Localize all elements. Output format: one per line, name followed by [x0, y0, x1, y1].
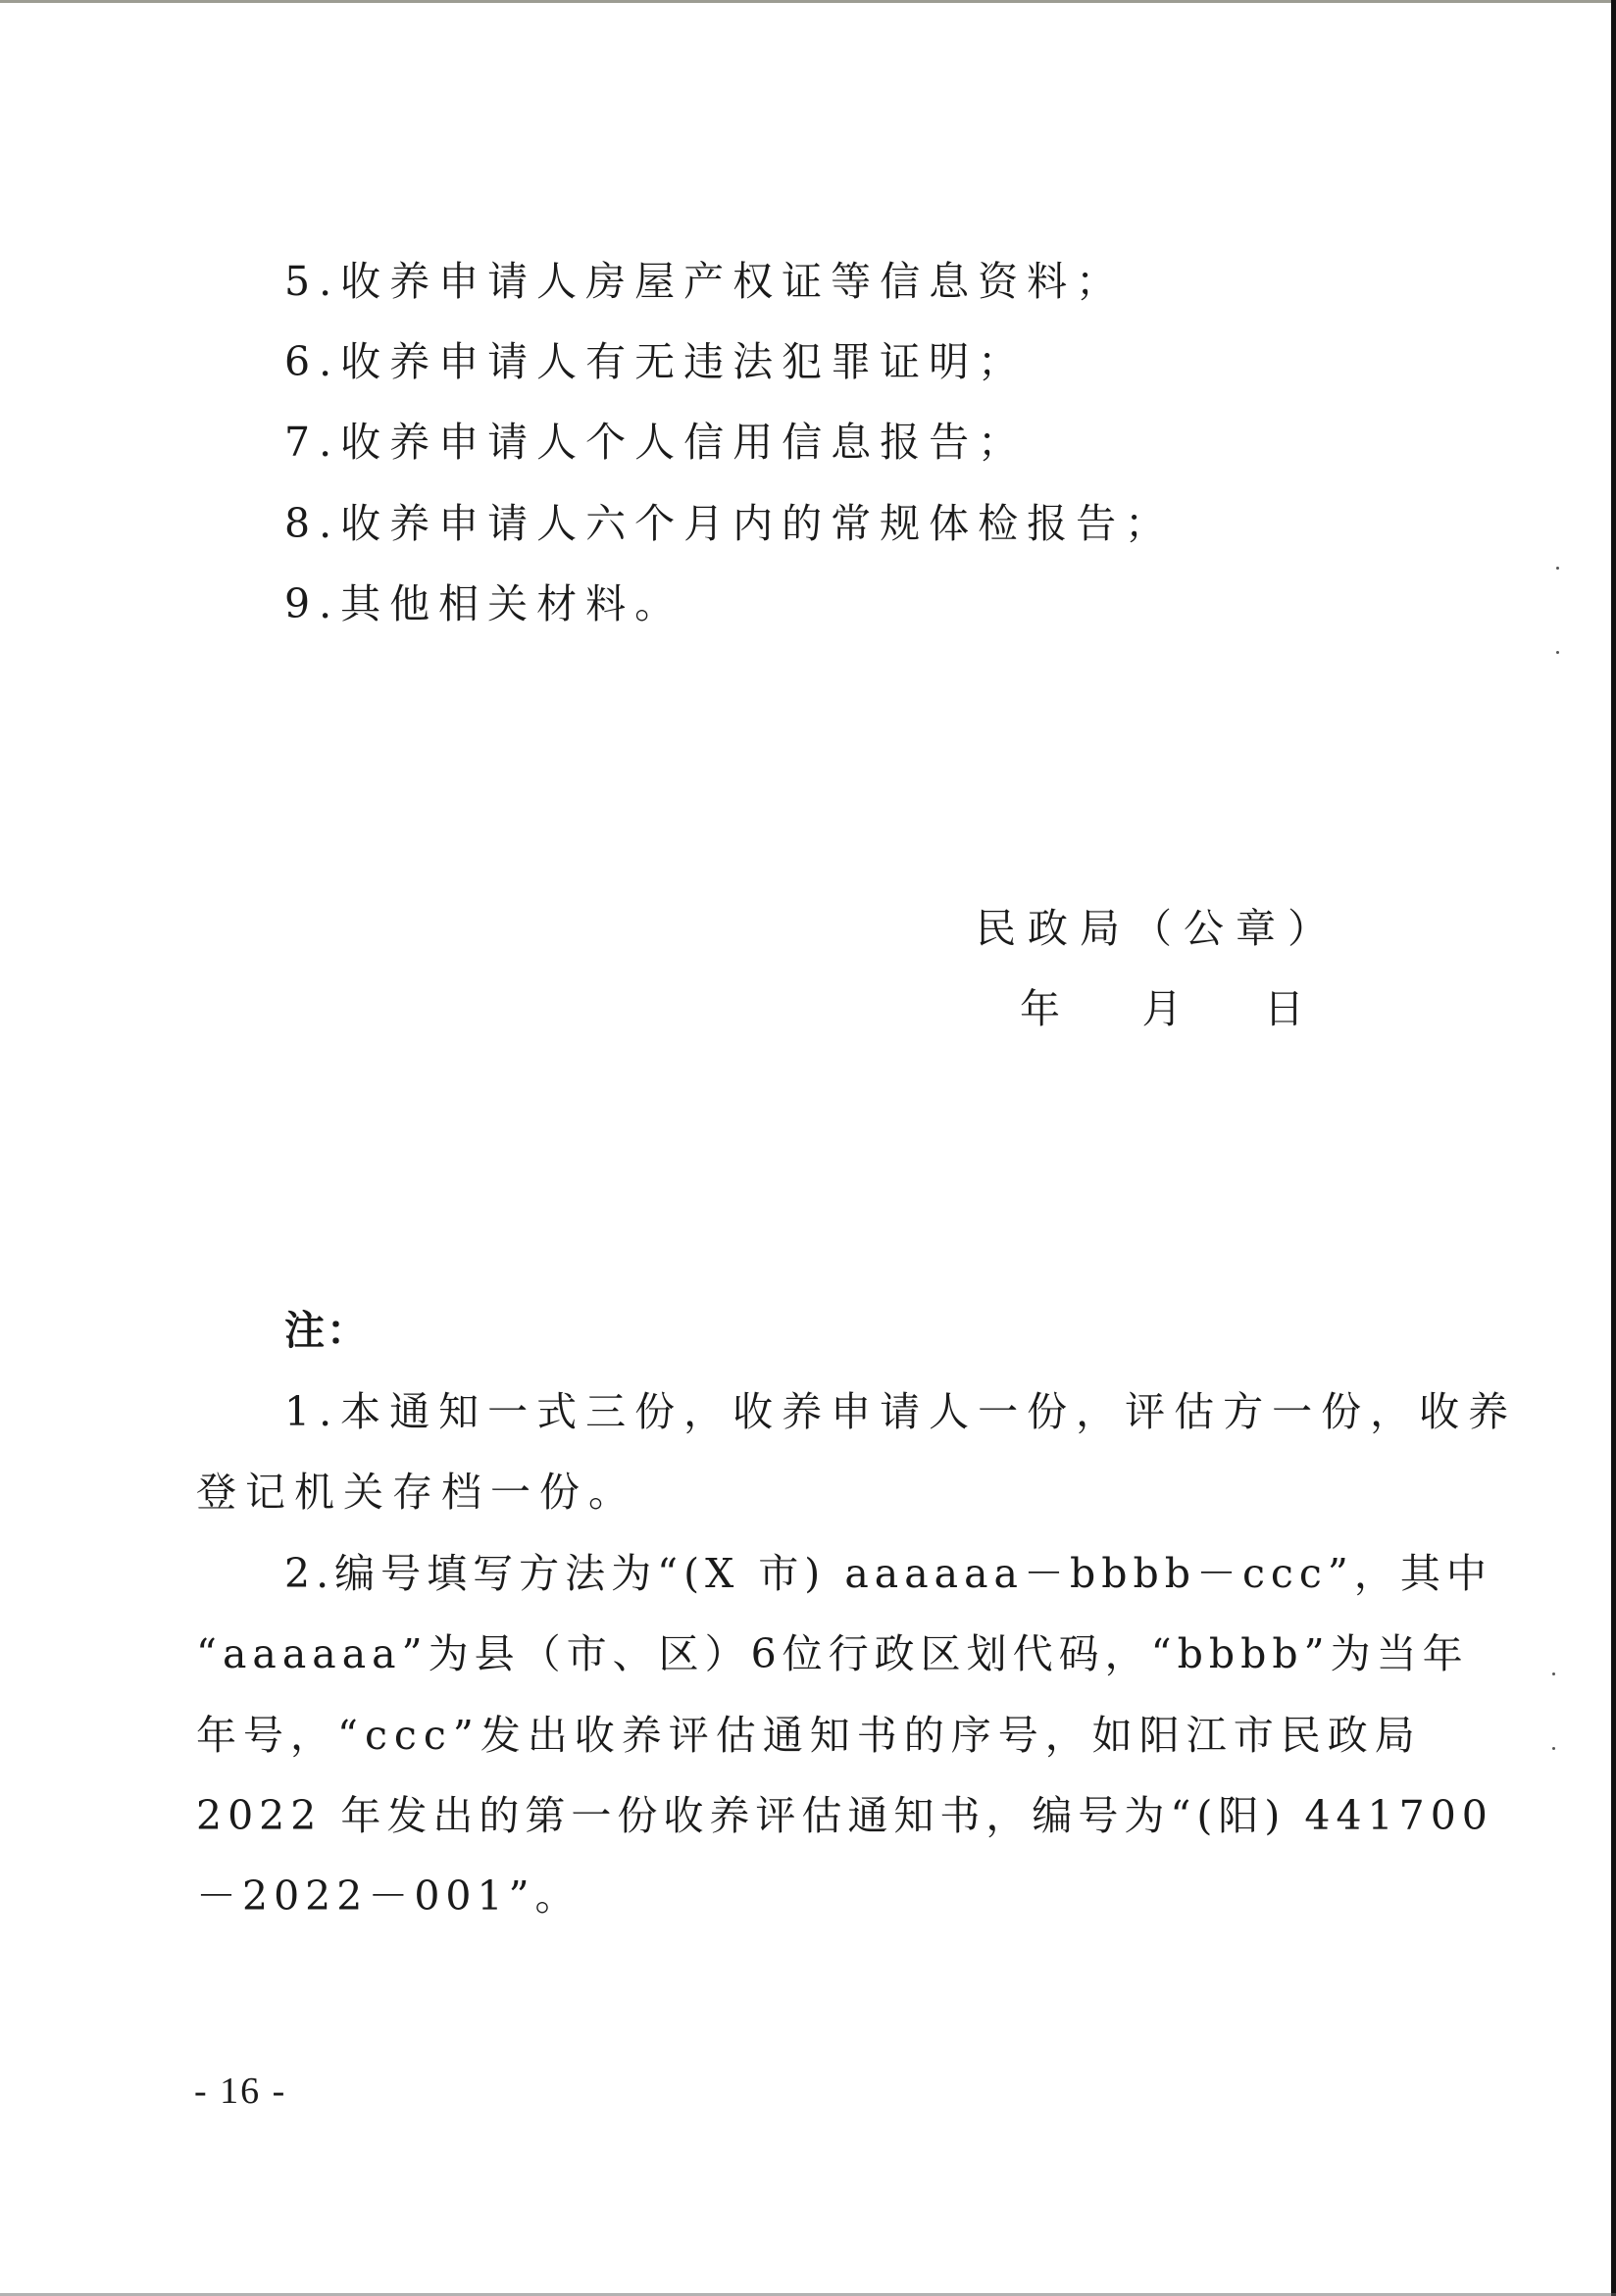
item-text: 其他相关材料。	[340, 580, 683, 627]
item-number: 8.	[284, 500, 340, 547]
scan-speck	[1552, 1747, 1555, 1750]
date-month: 月	[1142, 984, 1183, 1033]
note-2-line-5: －2022－001”。	[196, 1872, 581, 1921]
list-item: 7.收养申请人个人信用信息报告；	[284, 418, 1027, 467]
list-item: 9.其他相关材料。	[284, 579, 683, 628]
item-number: 9.	[284, 580, 340, 627]
note-2-line-1: 2.编号填写方法为“(X 市) aaaaaa－bbbb－ccc”，其中	[284, 1549, 1492, 1598]
item-text: 收养申请人六个月内的常规体检报告；	[340, 500, 1174, 547]
note-2-line-4: 2022 年发出的第一份收养评估通知书，编号为“(阳) 441700	[196, 1791, 1493, 1840]
date-day: 日	[1264, 984, 1304, 1033]
notes-title: 注：	[284, 1306, 369, 1355]
item-number: 7.	[284, 419, 340, 466]
scan-speck	[1556, 567, 1559, 570]
item-text: 收养申请人房屋产权证等信息资料；	[340, 258, 1125, 305]
item-text: 收养申请人个人信用信息报告；	[340, 419, 1027, 466]
page-number: - 16 -	[194, 2067, 286, 2116]
item-number: 5.	[284, 258, 340, 305]
list-item: 6.收养申请人有无违法犯罪证明；	[284, 337, 1027, 386]
note-2-line-2: “aaaaaa”为县（市、区）6位行政区划代码，“bbbb”为当年	[196, 1629, 1469, 1678]
scan-speck	[1556, 651, 1559, 654]
item-number: 6.	[284, 338, 340, 385]
list-item: 8.收养申请人六个月内的常规体检报告；	[284, 499, 1174, 548]
note-1-line-2: 登记机关存档一份。	[196, 1468, 637, 1517]
issuer-seal: 民政局（公章）	[976, 904, 1339, 953]
date-year: 年	[1020, 984, 1060, 1033]
note-2-line-3: 年号，“ccc”发出收养评估通知书的序号，如阳江市民政局	[196, 1711, 1422, 1760]
date-line: 年 月 日	[1020, 984, 1304, 1033]
item-text: 收养申请人有无违法犯罪证明；	[340, 338, 1027, 385]
scan-speck	[1552, 1672, 1555, 1675]
note-1-line-1: 1.本通知一式三份，收养申请人一份，评估方一份，收养	[284, 1387, 1517, 1436]
scan-edge-top	[0, 0, 1616, 3]
scan-edge-right	[1611, 0, 1616, 2296]
list-item: 5.收养申请人房屋产权证等信息资料；	[284, 257, 1125, 306]
